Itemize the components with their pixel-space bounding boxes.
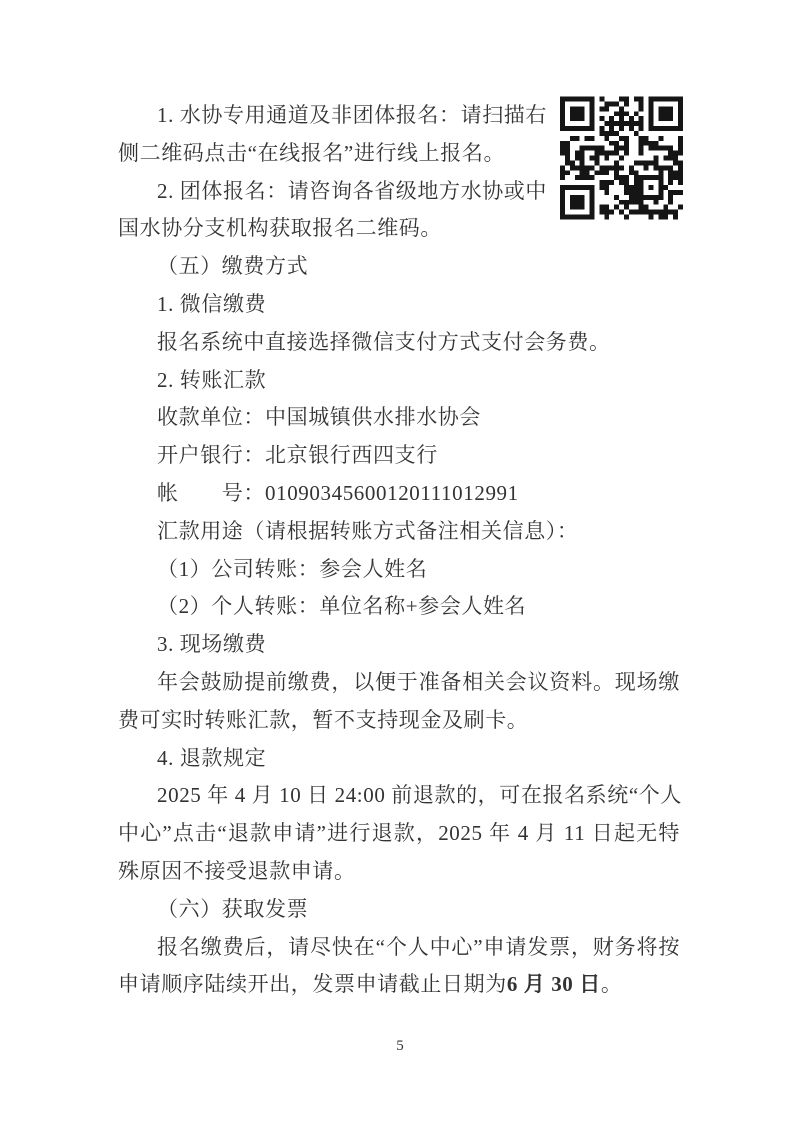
text-run: 报名缴费后，请尽快在“个人中心”申请发票，财务将按 bbox=[157, 935, 680, 959]
text-run: 3. 现场缴费 bbox=[157, 632, 266, 656]
text-run: 中心”点击“退款申请”进行退款，2025 年 4 月 11 日起无特 bbox=[118, 821, 680, 845]
page-number: 5 bbox=[0, 1038, 800, 1055]
text-run: 1. 微信缴费 bbox=[157, 292, 266, 316]
text-line: 4. 退款规定 bbox=[157, 743, 266, 773]
text-line: （五）缴费方式 bbox=[157, 251, 308, 281]
text-line: 开户银行：北京银行西四支行 bbox=[157, 440, 438, 470]
text-line: 报名缴费后，请尽快在“个人中心”申请发票，财务将按 bbox=[157, 932, 680, 962]
text-run: 2. 转账汇款 bbox=[157, 368, 266, 392]
text-line: 中心”点击“退款申请”进行退款，2025 年 4 月 11 日起无特 bbox=[118, 818, 680, 848]
text-run: 开户银行：北京银行西四支行 bbox=[157, 443, 438, 467]
text-run: 费可实时转账汇款，暂不支持现金及刷卡。 bbox=[118, 708, 528, 732]
text-run: （六）获取发票 bbox=[157, 897, 308, 921]
text-line: 1. 微信缴费 bbox=[157, 289, 266, 319]
text-run: 报名系统中直接选择微信支付方式支付会务费。 bbox=[157, 330, 611, 354]
text-line: 报名系统中直接选择微信支付方式支付会务费。 bbox=[157, 327, 611, 357]
text-line: （2）个人转账：单位名称+参会人姓名 bbox=[157, 591, 526, 621]
text-line: （六）获取发票 bbox=[157, 894, 308, 924]
text-line: 侧二维码点击“在线报名”进行线上报名。 bbox=[118, 138, 505, 168]
text-line: 2. 转账汇款 bbox=[157, 365, 266, 395]
text-run: （2）个人转账：单位名称+参会人姓名 bbox=[157, 594, 526, 618]
text-line: 2. 团体报名：请咨询各省级地方水协或中 bbox=[157, 176, 545, 206]
text-run: （1）公司转账：参会人姓名 bbox=[157, 557, 427, 581]
text-line: 汇款用途（请根据转账方式备注相关信息）： bbox=[157, 516, 579, 546]
text-line: 1. 水协专用通道及非团体报名：请扫描右 bbox=[157, 100, 545, 130]
text-run: 4. 退款规定 bbox=[157, 746, 266, 770]
text-run: 汇款用途（请根据转账方式备注相关信息）： bbox=[157, 519, 579, 543]
text-run: 帐 号：01090345600120111012991 bbox=[157, 481, 519, 505]
text-line: 2025 年 4 月 10 日 24:00 前退款的，可在报名系统“个人 bbox=[157, 780, 680, 810]
bold-text-run: 6 月 30 日 bbox=[507, 972, 601, 996]
text-run: 侧二维码点击“在线报名”进行线上报名。 bbox=[118, 141, 505, 165]
text-line: 国水协分支机构获取报名二维码。 bbox=[118, 213, 442, 243]
text-line: 年会鼓励提前缴费，以便于准备相关会议资料。现场缴 bbox=[157, 667, 680, 697]
text-line: 殊原因不接受退款申请。 bbox=[118, 856, 356, 886]
qr-code-image bbox=[560, 93, 683, 223]
text-run: （五）缴费方式 bbox=[157, 254, 308, 278]
text-line: 收款单位：中国城镇供水排水协会 bbox=[157, 402, 481, 432]
text-run: 。 bbox=[601, 972, 623, 996]
text-run: 1. 水协专用通道及非团体报名：请扫描右 bbox=[157, 103, 547, 127]
text-run: 年会鼓励提前缴费，以便于准备相关会议资料。现场缴 bbox=[157, 670, 680, 694]
text-run: 2025 年 4 月 10 日 24:00 前退款的，可在报名系统“个人 bbox=[157, 783, 682, 807]
text-run: 申请顺序陆续开出，发票申请截止日期为 bbox=[118, 972, 507, 996]
text-line: 费可实时转账汇款，暂不支持现金及刷卡。 bbox=[118, 705, 528, 735]
text-run: 国水协分支机构获取报名二维码。 bbox=[118, 216, 442, 240]
text-run: 2. 团体报名：请咨询各省级地方水协或中 bbox=[157, 179, 547, 203]
text-line: （1）公司转账：参会人姓名 bbox=[157, 554, 427, 584]
text-line: 3. 现场缴费 bbox=[157, 629, 266, 659]
document-page: 1. 水协专用通道及非团体报名：请扫描右侧二维码点击“在线报名”进行线上报名。2… bbox=[0, 0, 800, 1131]
qr-code bbox=[560, 93, 683, 223]
text-line: 申请顺序陆续开出，发票申请截止日期为6 月 30 日。 bbox=[118, 969, 622, 999]
text-run: 殊原因不接受退款申请。 bbox=[118, 859, 356, 883]
text-run: 收款单位：中国城镇供水排水协会 bbox=[157, 405, 481, 429]
text-line: 帐 号：01090345600120111012991 bbox=[157, 478, 519, 508]
